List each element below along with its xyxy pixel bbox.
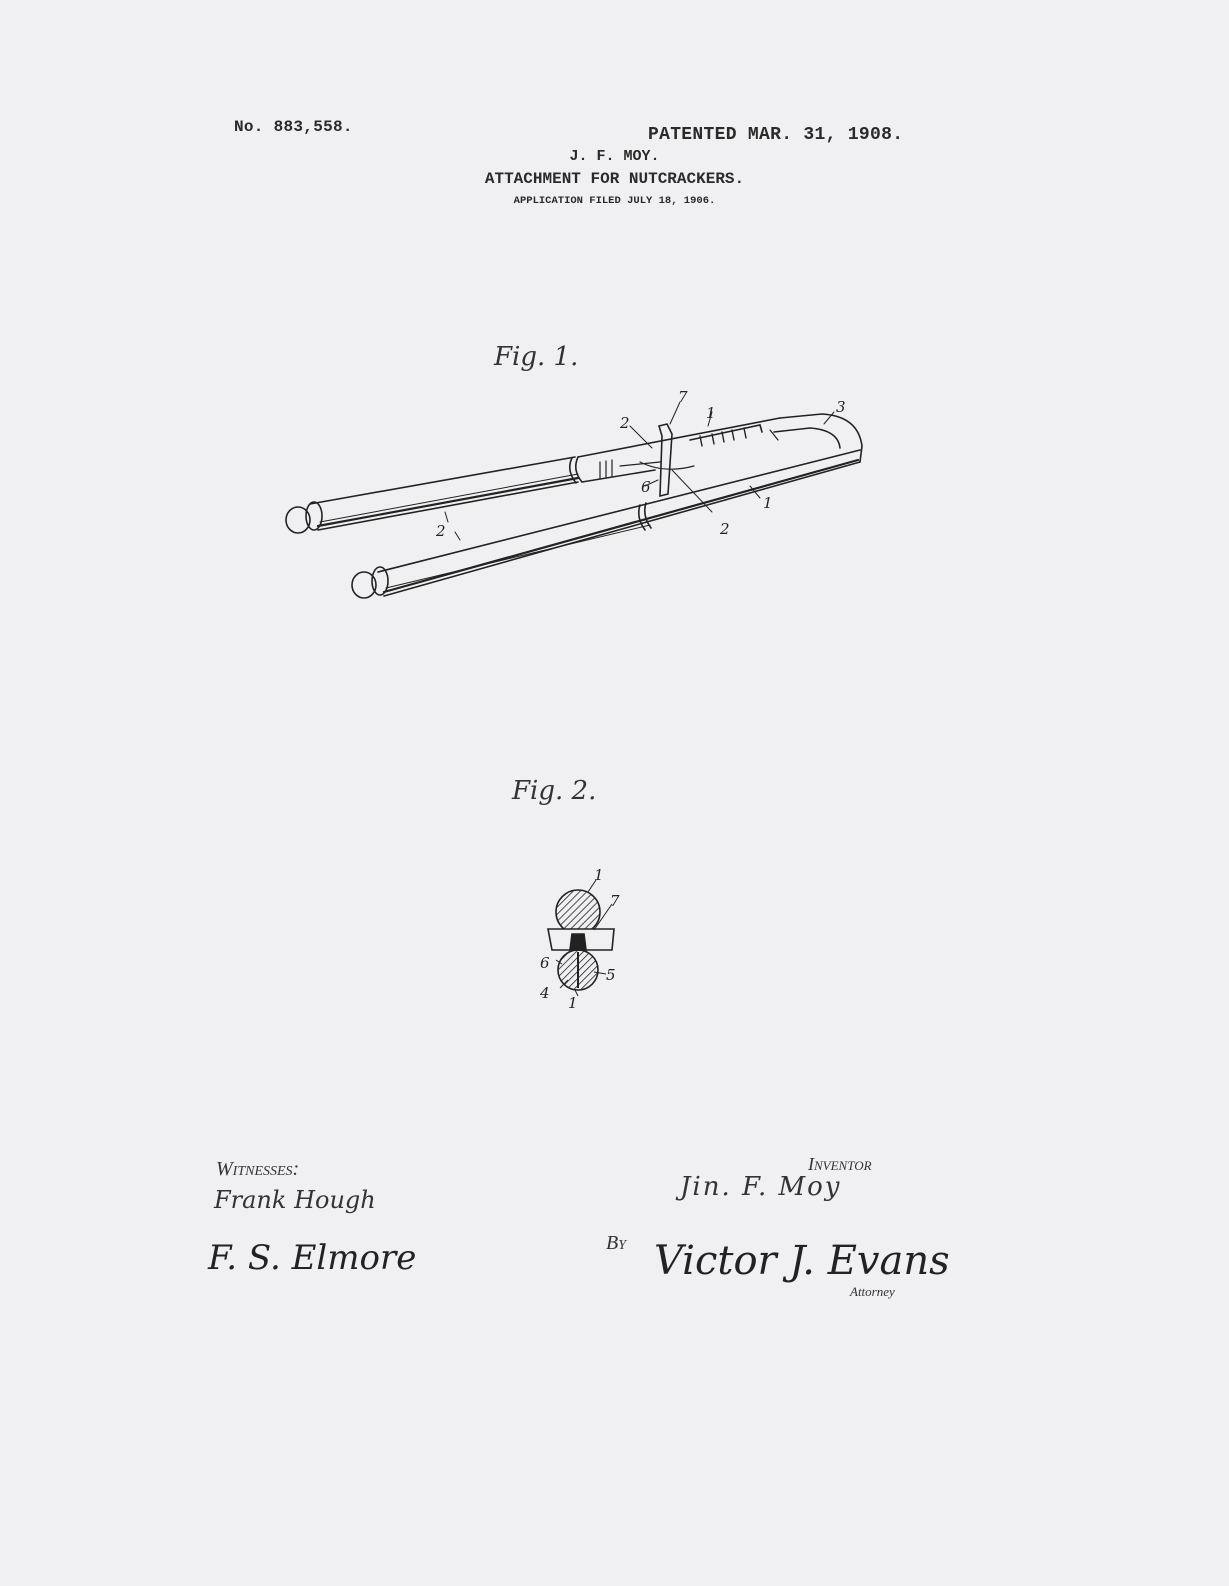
svg-text:5: 5 bbox=[606, 966, 616, 984]
witness-signature-2: F. S. Elmore bbox=[208, 1238, 416, 1278]
attorney-signature: Victor J. Evans bbox=[654, 1238, 950, 1284]
inventor-signature: Jin. F. Moy bbox=[680, 1172, 842, 1202]
svg-text:6: 6 bbox=[540, 954, 550, 972]
svg-text:1: 1 bbox=[568, 994, 578, 1012]
svg-text:1: 1 bbox=[594, 866, 604, 884]
attorney-label: Attorney bbox=[850, 1284, 895, 1300]
svg-text:7: 7 bbox=[610, 892, 620, 910]
figure-2-drawing: 1 7 6 5 4 1 bbox=[0, 0, 1229, 1586]
witness-signature-1: Frank Hough bbox=[214, 1186, 376, 1214]
witnesses-label: Witnesses: bbox=[216, 1158, 299, 1181]
by-label: By bbox=[606, 1232, 626, 1255]
svg-text:4: 4 bbox=[539, 984, 550, 1002]
